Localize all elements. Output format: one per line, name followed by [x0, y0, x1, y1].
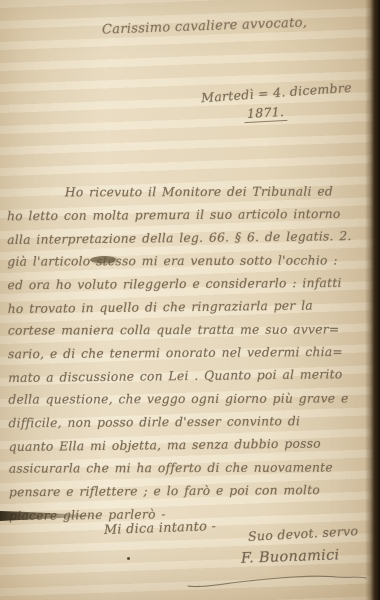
salutation: Carissimo cavaliere avvocato,: [102, 15, 308, 37]
body-line: mato a discussione con Lei . Quanto poi …: [8, 363, 366, 390]
body-line: quanto Ella mi objetta, ma senza dubbio …: [9, 432, 367, 459]
body-line: ho letto con molta premura il suo artico…: [7, 203, 365, 228]
body-line: della questione, che veggo ogni giorno p…: [8, 387, 366, 411]
handwritten-letter-page: Carissimo cavaliere avvocato, Martedì = …: [0, 0, 380, 600]
ink-smudge-artifact: [0, 508, 122, 524]
letter-body: Ho ricevuto il Monitore dei Tribunali ed…: [7, 180, 367, 527]
ink-dot: [127, 557, 130, 560]
body-line: difficile, non posso dirle d'esser convi…: [8, 410, 366, 435]
paper-right-edge: [365, 0, 380, 600]
body-line: assicurarla che mi ha offerto di che nuo…: [9, 456, 367, 480]
body-line: pensare e riflettere ; e lo farò e poi c…: [9, 479, 367, 504]
date-year: 1871.: [244, 104, 288, 123]
signature-flourish: [186, 571, 368, 589]
signature: F. Buonamici: [241, 547, 340, 566]
valediction: Suo devot. servo: [248, 523, 359, 544]
body-line: ho trovato in quello di che ringraziarla…: [8, 294, 366, 321]
body-line: ed ora ho voluto rileggerlo e considerar…: [7, 272, 365, 297]
date-line: Martedì = 4. dicembre: [201, 80, 353, 105]
body-line: cortese maniera colla quale tratta me su…: [8, 318, 366, 342]
body-line: Ho ricevuto il Monitore dei Tribunali ed: [7, 180, 365, 204]
body-line: alla interpretazione della leg. 66. § 6.…: [7, 225, 365, 252]
body-line: sario, e di che tenermi onorato nel vede…: [8, 341, 366, 366]
body-line: già l'articolo stesso mi era venuto sott…: [7, 249, 365, 273]
